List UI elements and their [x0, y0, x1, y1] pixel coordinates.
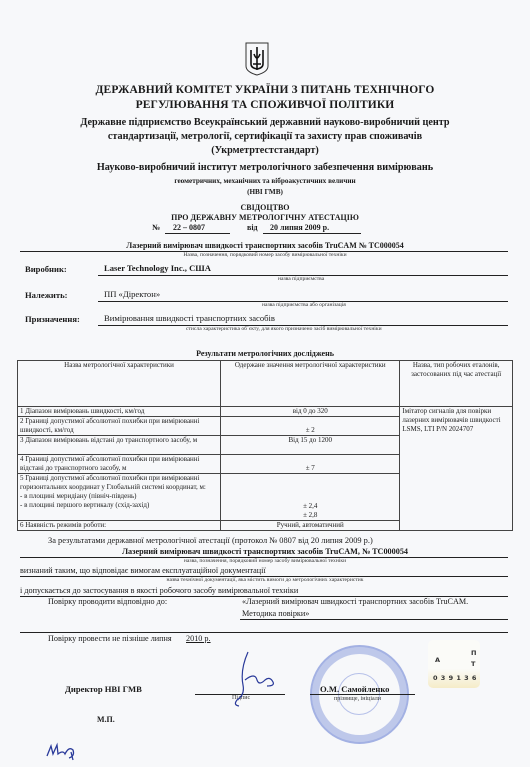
- certificate-subtitle: ПРО ДЕРЖАВНУ МЕТРОЛОГІЧНУ АТЕСТАЦІЮ: [0, 213, 530, 222]
- committee-line2: РЕГУЛЮВАННЯ ТА СПОЖИВЧОЇ ПОЛІТИКИ: [0, 99, 530, 111]
- device-name-caption: Назва, позначення, порядковий номер засо…: [0, 252, 530, 258]
- hologram-letter-a: А: [435, 656, 440, 664]
- trident-emblem: [245, 42, 269, 76]
- enterprise-line3: (Укрметртестстандарт): [0, 145, 530, 156]
- deadline-year: 2010 р.: [186, 634, 211, 643]
- verification-doc-line1: «Лазерний вимірювач швидкості транспортн…: [242, 597, 468, 606]
- owner-caption: назва підприємства або організація: [262, 302, 346, 308]
- institute-line3: (НВІ ГМВ): [0, 188, 530, 196]
- compliance-caption: назва технічної документації, яка містит…: [0, 577, 530, 583]
- admission-text: і допускається до застосування в якості …: [20, 586, 298, 595]
- enterprise-line2: стандартизації, метрології, сертифікації…: [0, 131, 530, 142]
- certificate-date: 20 липня 2009 р.: [270, 223, 329, 232]
- results-title: Результати метрологічних досліджень: [0, 349, 530, 358]
- standards-cell: Імітатор сигналів для повірки лазерних в…: [400, 407, 513, 531]
- initials-mark: [45, 740, 85, 767]
- purpose-value: Вимірювання швидкості транспортних засоб…: [104, 313, 275, 323]
- purpose-caption: стисла характеристика об`єкту, для якого…: [186, 326, 382, 332]
- seal-label: М.П.: [97, 715, 115, 724]
- header-standards: Назва, тип робочих еталонів, застосовани…: [400, 361, 513, 407]
- director-signature: [215, 650, 285, 715]
- certificate-date-label: від: [247, 223, 258, 232]
- certificate-title: СВІДОЦТВО: [0, 203, 530, 212]
- manufacturer-caption: назва підприємства: [278, 276, 324, 282]
- table-row: 1 Діапазон вимірювань швидкості, км/год …: [18, 407, 513, 417]
- certificate-number-label: №: [152, 223, 160, 232]
- manufacturer-value: Laser Technology Inc., США: [104, 263, 211, 273]
- header-characteristic: Назва метрологічної характеристики: [18, 361, 221, 407]
- verification-label: Повірку проводити відповідно до:: [48, 597, 167, 606]
- hologram-serial: 0 3 9 1 3 6: [433, 674, 477, 682]
- certificate-number: 22 – 0807: [173, 223, 205, 232]
- owner-value: ПП «Діректон»: [104, 289, 160, 299]
- institute-line1: Науково-виробничий інститут метрологічно…: [0, 162, 530, 173]
- institute-line2: геометричних, механічних та віброакустич…: [0, 177, 530, 185]
- hologram-sticker: А П Т 0 3 9 1 3 6: [428, 640, 480, 688]
- conclusion-device-name: Лазерний вимірювач швидкості транспортни…: [0, 547, 530, 556]
- owner-label: Належить:: [25, 290, 68, 300]
- header-value: Одержане значення метрологічної характер…: [221, 361, 400, 407]
- enterprise-line1: Державне підприємство Всеукраїнський дер…: [0, 117, 530, 128]
- committee-line1: ДЕРЖАВНИЙ КОМІТЕТ УКРАЇНИ З ПИТАНЬ ТЕХНІ…: [0, 84, 530, 96]
- director-position: Директор НВІ ГМВ: [65, 684, 142, 694]
- protocol-line: За результатами державної метрологічної …: [48, 536, 373, 545]
- director-name: О.М. Самойленко: [320, 684, 389, 694]
- manufacturer-label: Виробник:: [25, 264, 67, 274]
- name-caption: прізвище, ініціали: [334, 696, 381, 702]
- hologram-letter-p: П: [471, 649, 476, 657]
- results-table: Назва метрологічної характеристики Одерж…: [17, 360, 513, 531]
- deadline-text: Повірку провести не пізніше липня: [48, 634, 172, 643]
- device-name: Лазерний вимірювач швидкості транспортни…: [0, 241, 530, 250]
- purpose-label: Призначення:: [25, 314, 80, 324]
- verification-doc-line2: Методика повірки»: [242, 609, 309, 618]
- conclusion-device-caption: назва, позначення, порядковий номер засо…: [0, 558, 530, 564]
- hologram-letter-t: Т: [471, 660, 475, 668]
- compliance-text: визнаний таким, що відповідає вимогам ек…: [20, 566, 266, 575]
